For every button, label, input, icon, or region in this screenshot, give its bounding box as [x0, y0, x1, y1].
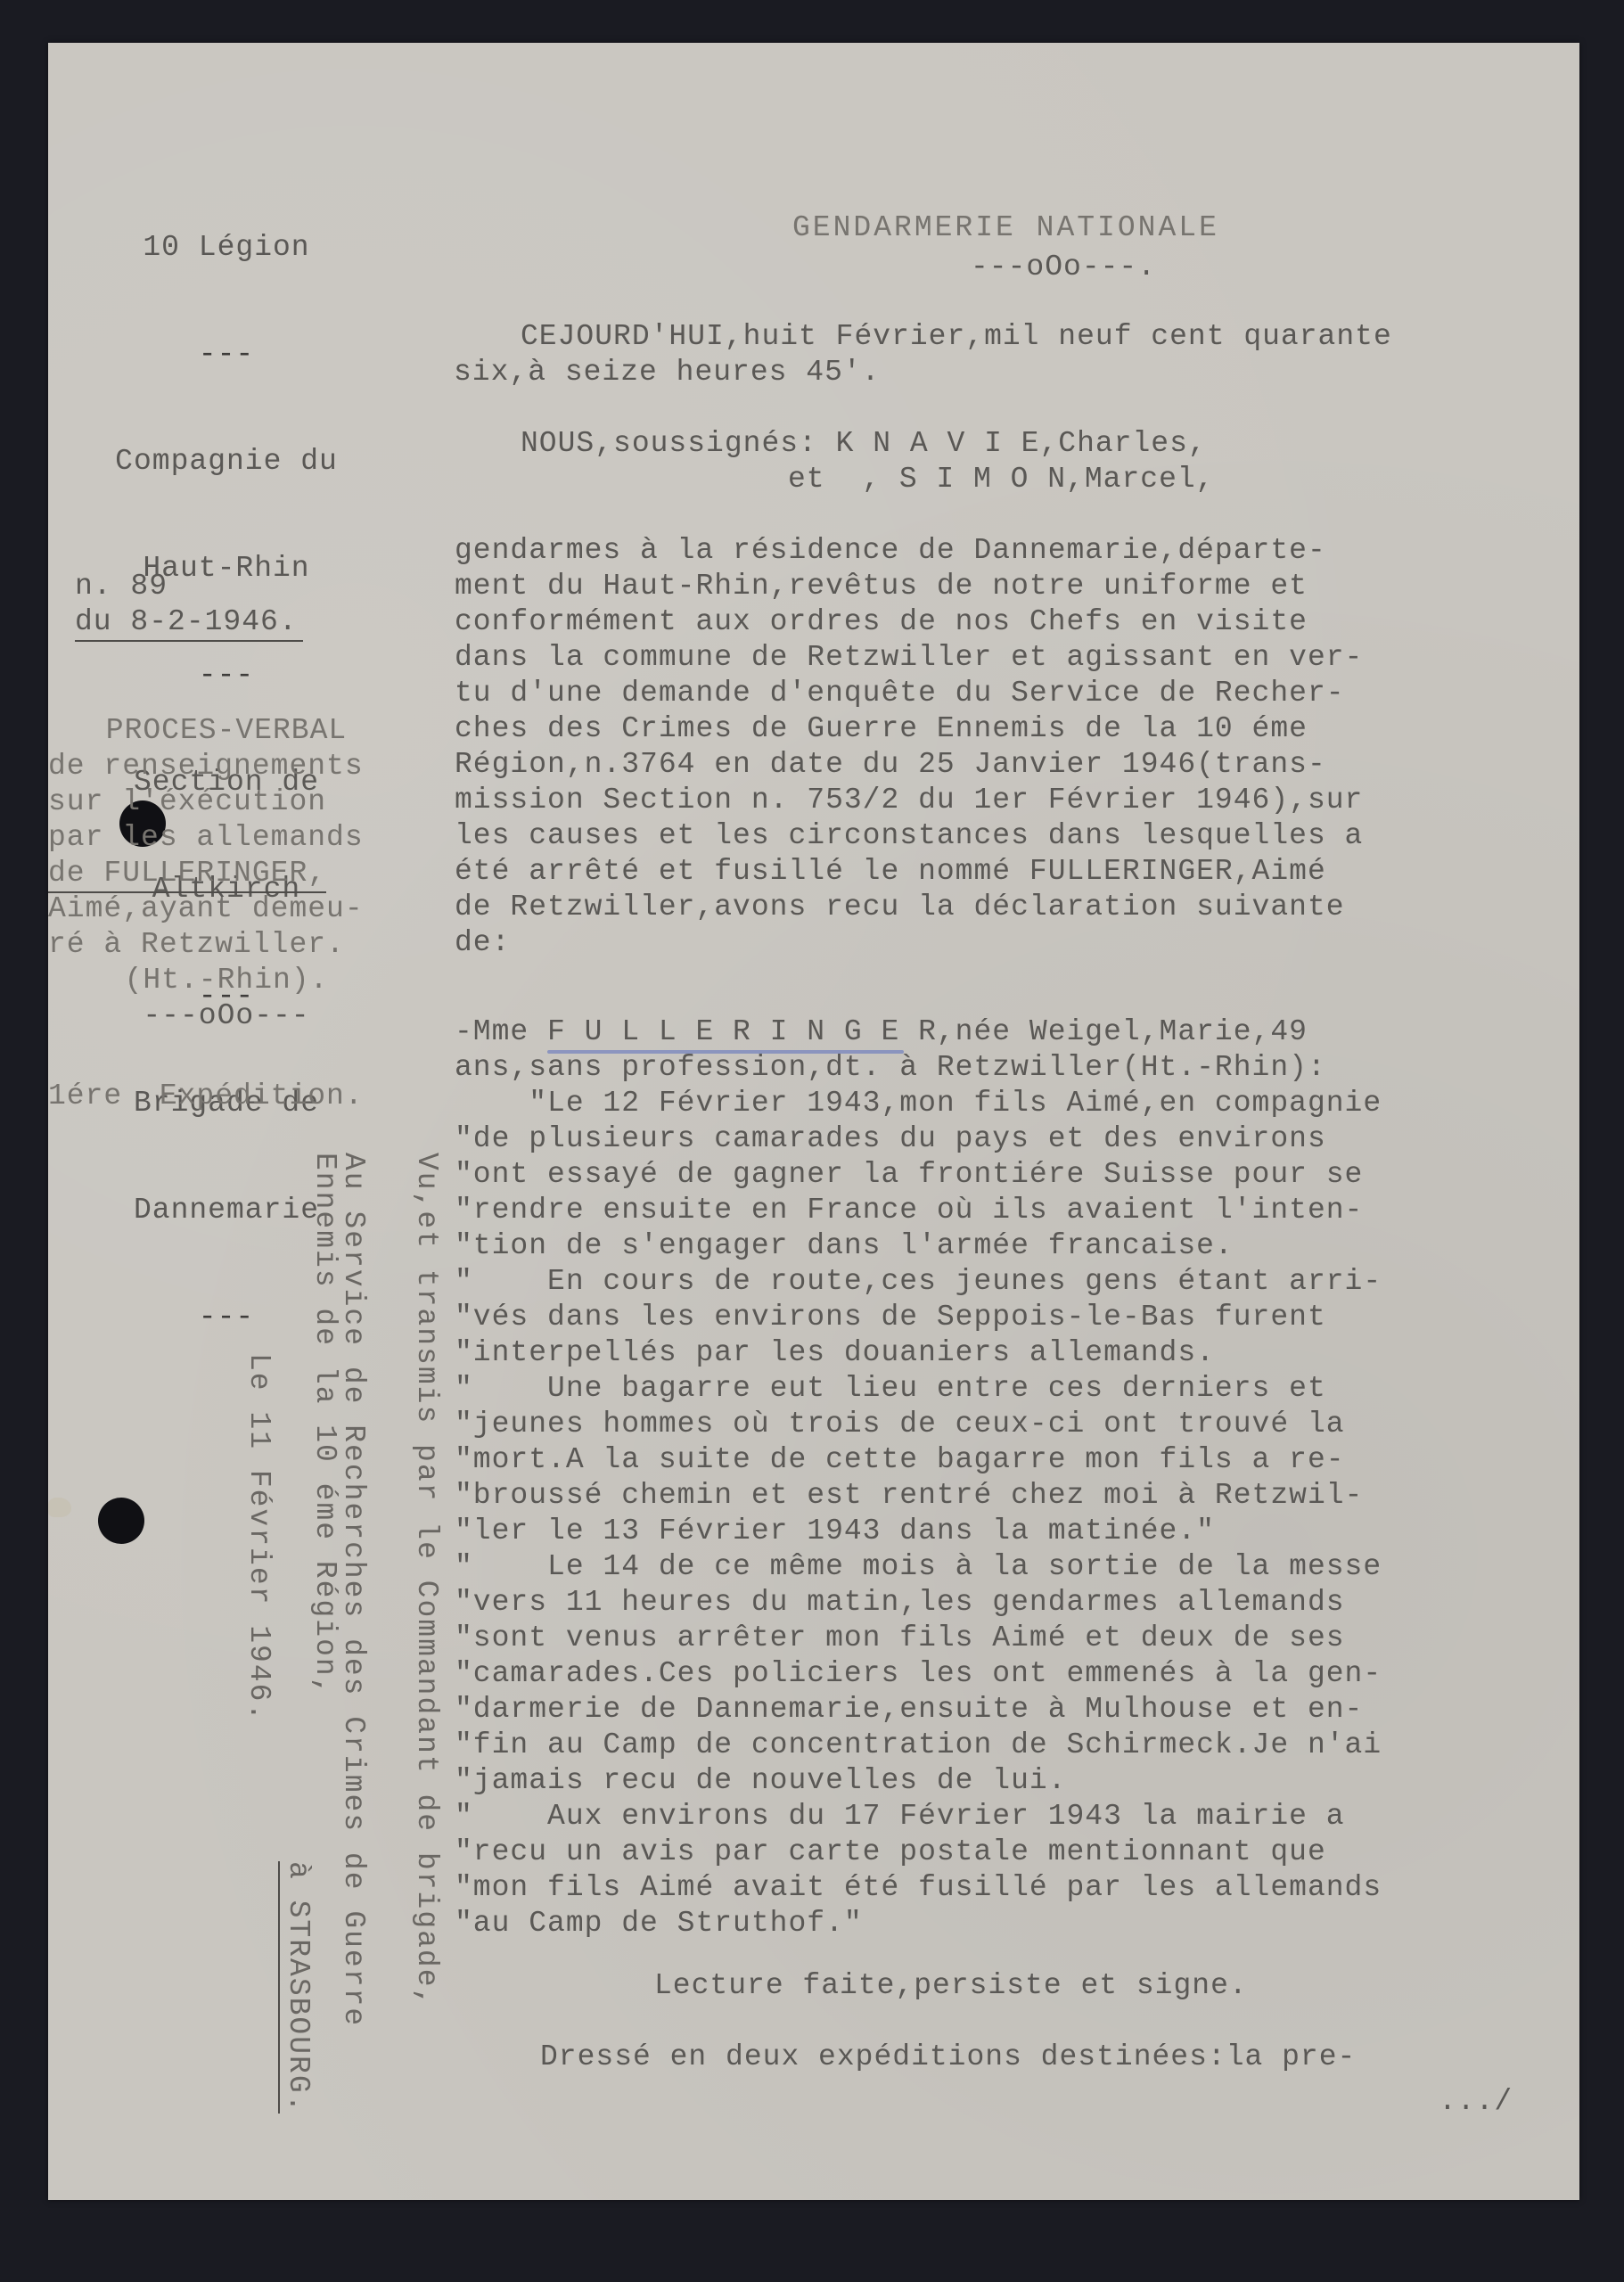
statement-line: " Le 14 de ce même mois à la sortie de l… [455, 1549, 1382, 1585]
statement-line: "darmerie de Dannemarie,ensuite à Mulhou… [455, 1692, 1363, 1728]
paper-tear [48, 1498, 71, 1517]
summary-line: ré à Retzwiller. [48, 927, 345, 963]
signatories-line-1: NOUS,soussignés: K N A V I E,Charles, [521, 426, 1207, 462]
opening-line-2: six,à seize heures 45'. [454, 355, 880, 390]
body-line: conformément aux ordres de nos Chefs en … [455, 604, 1308, 640]
page-title: GENDARMERIE NATIONALE [792, 210, 1219, 246]
statement-line: "vers 11 heures du matin,les gendarmes a… [455, 1585, 1345, 1621]
body-line: mission Section n. 753/2 du 1er Février … [455, 783, 1363, 818]
body-paragraph: gendarmes à la résidence de Dannemarie,d… [455, 533, 1613, 961]
body-line: les causes et les circonstances dans les… [455, 818, 1363, 854]
summary-line: Aimé,ayant demeu- [48, 891, 364, 927]
margin-annotation-line-4: à STRASBOURG. [278, 1861, 316, 2114]
opening-line-1: CEJOURD'HUI,huit Février,mil neuf cent q… [521, 319, 1392, 355]
summary-line: sur l'éxécution [48, 784, 326, 820]
statement-line: " Aux environs du 17 Février 1943 la mai… [455, 1799, 1345, 1835]
title-separator: ---oOo---. [971, 250, 1156, 285]
document-number: n. 89 [75, 569, 168, 604]
declarant-line-2: ans,sans profession,dt. à Retzwiller(Ht.… [455, 1050, 1326, 1086]
body-line: tu d'une demande d'enquête du Service de… [455, 676, 1345, 711]
summary-line: de renseignements [48, 749, 364, 784]
statement-line: "mort.A la suite de cette bagarre mon fi… [455, 1442, 1345, 1478]
statement-line: " En cours de route,ces jeunes gens étan… [455, 1264, 1382, 1300]
statement-line: "tion de s'engager dans l'armée francais… [455, 1228, 1234, 1264]
statement-block: "Le 12 Février 1943,mon fils Aimé,en com… [455, 1086, 1613, 1941]
summary-separator: ---oOo--- [93, 998, 360, 1034]
statement-line: "de plusieurs camarades du pays et des e… [455, 1121, 1326, 1157]
body-line: de: [455, 925, 510, 961]
body-line: dans la commune de Retzwiller et agissan… [455, 640, 1363, 676]
statement-line: "interpellés par les douaniers allemands… [455, 1335, 1215, 1371]
body-line: été arrêté et fusillé le nommé FULLERING… [455, 854, 1326, 890]
statement-line: "ler le 13 Février 1943 dans la matinée.… [455, 1514, 1215, 1549]
proces-verbal-heading: PROCES-VERBAL [93, 713, 360, 749]
body-line: gendarmes à la résidence de Dannemarie,d… [455, 533, 1326, 569]
statement-line: "rendre ensuite en France où ils avaient… [455, 1193, 1363, 1228]
statement-line: "recu un avis par carte postale mentionn… [455, 1835, 1326, 1870]
punch-hole-bottom [98, 1498, 144, 1544]
statement-line: "camarades.Ces policiers les ont emmenés… [455, 1656, 1382, 1692]
separator: --- [93, 337, 360, 373]
statement-line: "vés dans les environs de Seppois-le-Bas… [455, 1300, 1326, 1335]
body-line: ment du Haut-Rhin,revêtus de notre unifo… [455, 569, 1308, 604]
document-date: du 8-2-1946. [75, 604, 303, 642]
statement-line: "sont venus arrêter mon fils Aimé et deu… [455, 1621, 1345, 1656]
dresse-line: Dressé en deux expéditions destinées:la … [540, 2040, 1356, 2075]
declarant-line-1: -Mme F U L L E R I N G E R,née Weigel,Ma… [455, 1014, 1308, 1050]
body-line: ches des Crimes de Guerre Ennemis de la … [455, 711, 1308, 747]
summary-line: (Ht.-Rhin). [93, 963, 360, 998]
continued-marker: .../ [1439, 2084, 1513, 2120]
compagnie-label: Compagnie du [93, 444, 360, 480]
summary-line: par les allemands [48, 820, 364, 856]
statement-line: "au Camp de Struthof." [455, 1906, 863, 1941]
statement-line: "jamais recu de nouvelles de lui. [455, 1763, 1067, 1799]
body-line: de Retzwiller,avons recu la déclaration … [455, 890, 1345, 925]
statement-line: "jeunes hommes où trois de ceux-ci ont t… [455, 1407, 1345, 1442]
summary-line-name: de FULLERINGER, [48, 856, 326, 893]
statement-line: "broussé chemin et est rentré chez moi à… [455, 1478, 1363, 1514]
statement-line: "mon fils Aimé avait été fusillé par les… [455, 1870, 1382, 1906]
statement-line: "Le 12 Février 1943,mon fils Aimé,en com… [455, 1086, 1382, 1121]
statement-line: "ont essayé de gagner la frontiére Suiss… [455, 1157, 1363, 1193]
statement-line: "fin au Camp de concentration de Schirme… [455, 1728, 1382, 1763]
expedition-label: 1ére Expédition. [48, 1079, 364, 1114]
margin-annotation-line-5: Le 11 Février 1946. [241, 1353, 276, 1722]
body-line: Région,n.3764 en date du 25 Janvier 1946… [455, 747, 1326, 783]
legion-label: 10 Légion [93, 230, 360, 266]
margin-annotation-line-1: Vu,et transmis par le Commandant de brig… [408, 1153, 444, 2007]
separator: --- [93, 658, 360, 694]
signatories-line-2: et , S I M O N,Marcel, [788, 462, 1214, 497]
statement-line: " Une bagarre eut lieu entre ces dernier… [455, 1371, 1326, 1407]
margin-annotation-line-3: Ennemis de la 10 éme Région, [307, 1153, 342, 1697]
document-page: 10 Légion --- Compagnie du Haut-Rhin ---… [48, 43, 1579, 2200]
lecture-faite-line: Lecture faite,persiste et signe. [654, 1968, 1248, 2004]
